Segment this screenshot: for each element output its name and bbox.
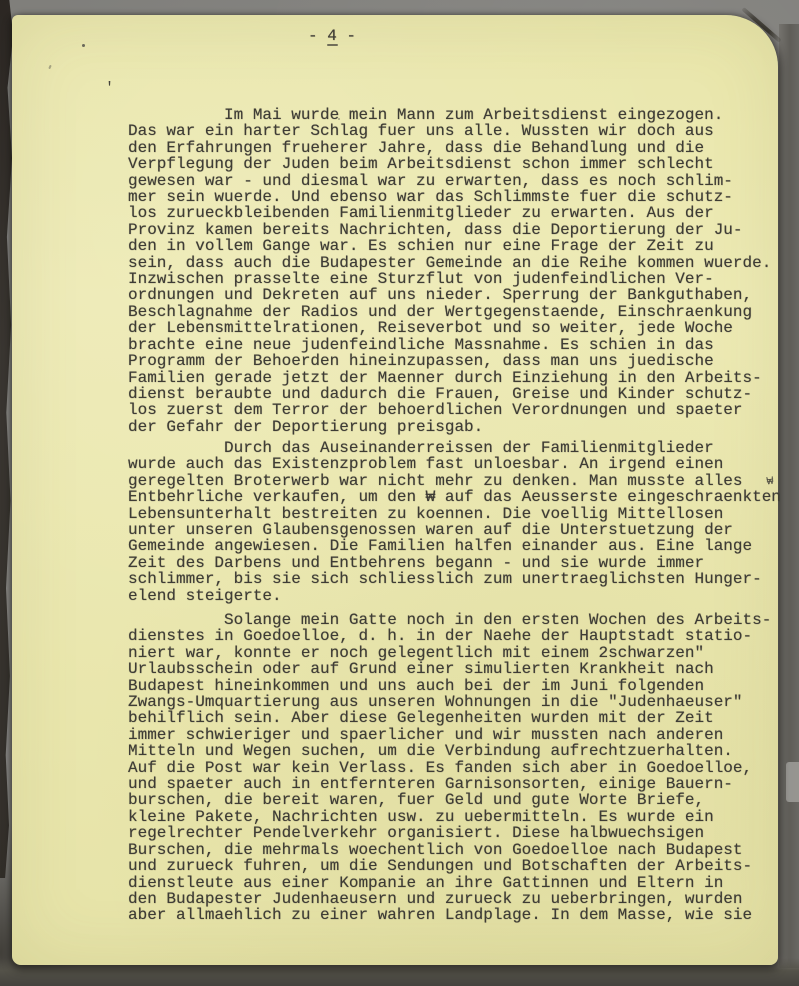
paper-speck xyxy=(338,118,340,120)
document-page: - 4 - Im Mai wurde mein Mann zum Arbeits… xyxy=(12,15,778,965)
page-number: - 4 - xyxy=(308,28,356,44)
scanned-document: - 4 - Im Mai wurde mein Mann zum Arbeits… xyxy=(0,0,799,986)
paper-speck xyxy=(48,65,52,69)
scanner-bed-right-band xyxy=(779,24,799,968)
right-margin-stray-mark: ₩ xyxy=(766,477,774,489)
scanner-bed-right-notch xyxy=(786,762,799,802)
paper-speck xyxy=(82,44,85,47)
paragraph-arbeitsdienst-einberufung: Im Mai wurde mein Mann zum Arbeitsdienst… xyxy=(128,107,771,435)
paragraph-existenzproblem: Durch das Auseinanderreissen der Familie… xyxy=(128,440,781,604)
page-number-underline xyxy=(327,44,338,46)
paragraph-goedoelloe-verbindung: Solange mein Gatte noch in den ersten Wo… xyxy=(128,612,771,924)
stray-typewriter-mark: ' xyxy=(105,81,114,96)
